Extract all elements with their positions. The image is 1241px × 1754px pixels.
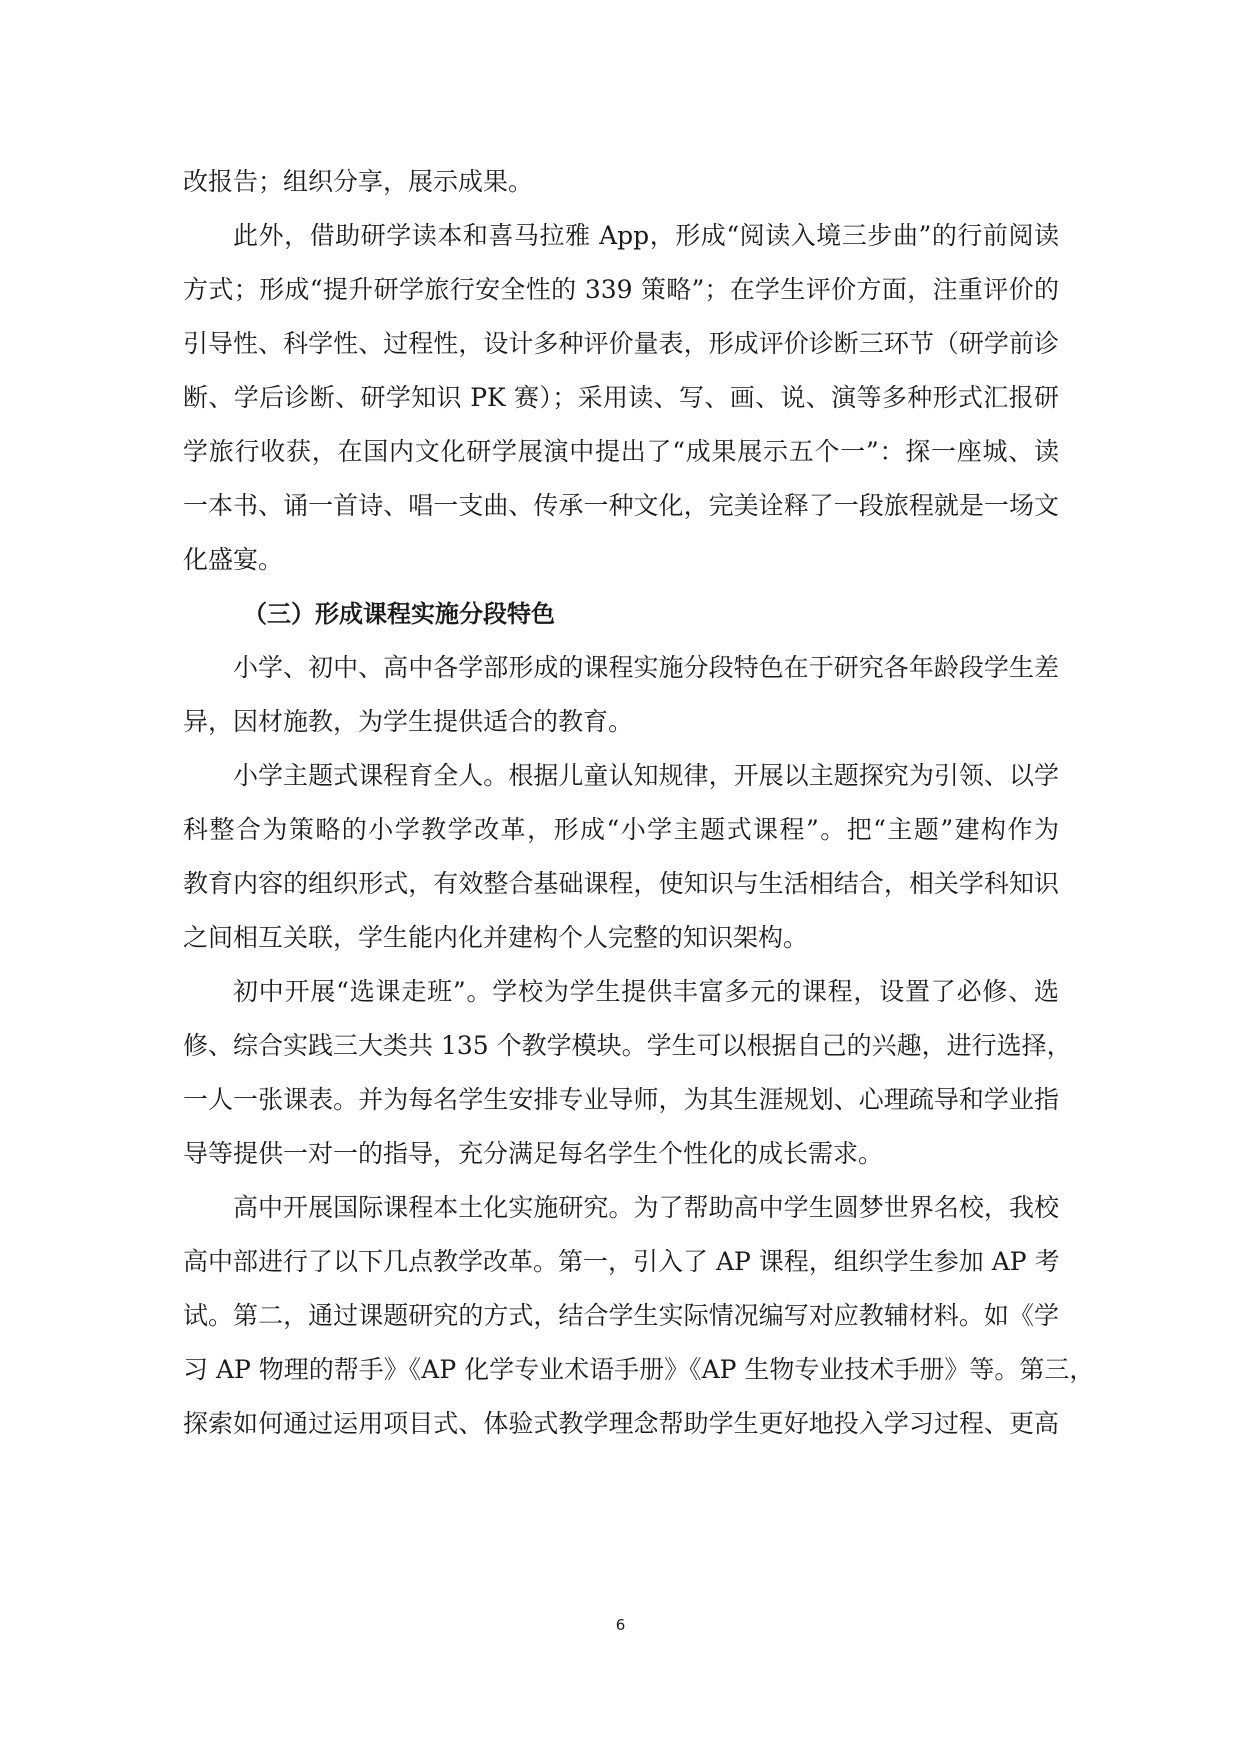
text-line: 修、综合实践三大类共 135 个教学模块。学生可以根据自己的兴趣，进行选择， xyxy=(183,1026,1059,1080)
page-number: 6 xyxy=(0,1616,1241,1634)
text-line: 异，因材施教，为学生提供适合的教育。 xyxy=(183,702,1059,756)
paragraph-first-line: 高中开展国际课程本土化实施研究。为了帮助高中学生圆梦世界名校，我校 xyxy=(183,1188,1059,1242)
text-line: 方式；形成“提升研学旅行安全性的 339 策略”；在学生评价方面，注重评价的 xyxy=(183,270,1059,324)
paragraph-first-line: 小学主题式课程育全人。根据儿童认知规律，开展以主题探究为引领、以学 xyxy=(183,756,1059,810)
text-line: 高中部进行了以下几点教学改革。第一，引入了 AP 课程，组织学生参加 AP 考 xyxy=(183,1242,1059,1296)
text-line: 化盛宴。 xyxy=(183,540,1059,594)
text-line: 习 AP 物理的帮手》《AP 化学专业术语手册》《AP 生物专业技术手册》等。第… xyxy=(183,1350,1059,1404)
text-line: 一人一张课表。并为每名学生安排专业导师，为其生涯规划、心理疏导和学业指 xyxy=(183,1080,1059,1134)
paragraph-first-line: 此外，借助研学读本和喜马拉雅 App，形成“阅读入境三步曲”的行前阅读 xyxy=(183,216,1059,270)
text-line: 学旅行收获，在国内文化研学展演中提出了“成果展示五个一”：探一座城、读 xyxy=(183,432,1059,486)
text-line: 引导性、科学性、过程性，设计多种评价量表，形成评价诊断三环节（研学前诊 xyxy=(183,324,1059,378)
text-line: 教育内容的组织形式，有效整合基础课程，使知识与生活相结合，相关学科知识 xyxy=(183,864,1059,918)
document-body: 改报告；组织分享，展示成果。 此外，借助研学读本和喜马拉雅 App，形成“阅读入… xyxy=(183,162,1059,1458)
paragraph-first-line: 初中开展“选课走班”。学校为学生提供丰富多元的课程，设置了必修、选 xyxy=(183,972,1059,1026)
section-heading: （三）形成课程实施分段特色 xyxy=(183,594,1059,648)
paragraph-first-line: 小学、初中、高中各学部形成的课程实施分段特色在于研究各年龄段学生差 xyxy=(183,648,1059,702)
text-line: 断、学后诊断、研学知识 PK 赛）；采用读、写、画、说、演等多种形式汇报研 xyxy=(183,378,1059,432)
text-line: 试。第二，通过课题研究的方式，结合学生实际情况编写对应教辅材料。如《学 xyxy=(183,1296,1059,1350)
text-line: 一本书、诵一首诗、唱一支曲、传承一种文化，完美诠释了一段旅程就是一场文 xyxy=(183,486,1059,540)
text-line: 改报告；组织分享，展示成果。 xyxy=(183,162,1059,216)
text-line: 科整合为策略的小学教学改革，形成“小学主题式课程”。把“主题”建构作为 xyxy=(183,810,1059,864)
text-line: 之间相互关联，学生能内化并建构个人完整的知识架构。 xyxy=(183,918,1059,972)
text-line: 探索如何通过运用项目式、体验式教学理念帮助学生更好地投入学习过程、更高 xyxy=(183,1404,1059,1458)
text-line: 导等提供一对一的指导，充分满足每名学生个性化的成长需求。 xyxy=(183,1134,1059,1188)
